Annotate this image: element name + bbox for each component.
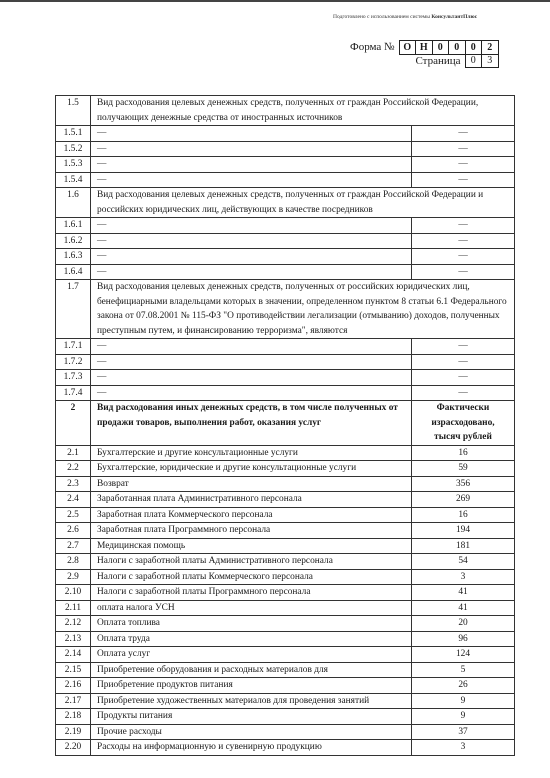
row-number: 1.5.4 <box>56 172 91 188</box>
row-description: — <box>91 370 412 386</box>
row-value: 269 <box>412 492 515 508</box>
row-description: Приобретение продуктов питания <box>91 678 412 694</box>
row-description: оплата налога УСН <box>91 600 412 616</box>
table-row: 2.9Налоги с заработной платы Коммерческо… <box>56 569 515 585</box>
row-value: 181 <box>412 538 515 554</box>
table-row: 2.12Оплата топлива20 <box>56 616 515 632</box>
row-number: 2.16 <box>56 678 91 694</box>
row-value: 9 <box>412 709 515 725</box>
form-code-cell: 0 <box>466 40 483 55</box>
table-row: 1.5.2—— <box>56 141 515 157</box>
row-description: Возврат <box>91 476 412 492</box>
section-number: 1.6 <box>56 188 91 218</box>
section-header-row: 1.7Вид расходования целевых денежных сре… <box>56 280 515 339</box>
section-number: 2 <box>56 401 91 446</box>
row-number: 2.6 <box>56 523 91 539</box>
row-description: — <box>91 354 412 370</box>
page-number-cells: 0 3 <box>465 54 499 68</box>
table-row: 2.2Бухгалтерские, юридические и другие к… <box>56 461 515 477</box>
row-description: — <box>91 233 412 249</box>
row-value: 41 <box>412 585 515 601</box>
row-number: 2.13 <box>56 631 91 647</box>
row-value: 3 <box>412 740 515 756</box>
page-number-cell: 0 <box>466 54 483 68</box>
row-number: 1.5.3 <box>56 157 91 173</box>
table-row: 1.7.4—— <box>56 385 515 401</box>
page-label: Страница <box>415 55 460 67</box>
top-edge-line <box>0 0 550 2</box>
table-row: 1.5.4—— <box>56 172 515 188</box>
form-label: Форма № <box>350 41 395 53</box>
section-title: Вид расходования целевых денежных средст… <box>91 96 515 126</box>
section-header-row: 1.5Вид расходования целевых денежных сре… <box>56 96 515 126</box>
row-number: 2.15 <box>56 662 91 678</box>
value-column-header: Фактически израсходовано, тысяч рублей <box>412 401 515 446</box>
table-row: 2.19Прочие расходы37 <box>56 724 515 740</box>
row-number: 1.5.1 <box>56 126 91 142</box>
row-value: — <box>412 126 515 142</box>
table-row: 2.20Расходы на информационную и сувенирн… <box>56 740 515 756</box>
row-number: 2.9 <box>56 569 91 585</box>
table-row: 1.6.1—— <box>56 218 515 234</box>
row-number: 2.2 <box>56 461 91 477</box>
row-number: 2.17 <box>56 693 91 709</box>
row-value: — <box>412 354 515 370</box>
section-number: 1.5 <box>56 96 91 126</box>
row-description: — <box>91 157 412 173</box>
row-description: — <box>91 264 412 280</box>
table-row: 2.3Возврат356 <box>56 476 515 492</box>
row-number: 2.8 <box>56 554 91 570</box>
row-description: Медицинская помощь <box>91 538 412 554</box>
row-number: 2.12 <box>56 616 91 632</box>
row-value: 26 <box>412 678 515 694</box>
form-code-cell: 0 <box>433 40 450 55</box>
row-value: 54 <box>412 554 515 570</box>
expenditure-table: 1.5Вид расходования целевых денежных сре… <box>55 95 515 756</box>
section-header-row: 1.6Вид расходования целевых денежных сре… <box>56 188 515 218</box>
row-description: Оплата труда <box>91 631 412 647</box>
row-description: Заработанная плата Административного пер… <box>91 492 412 508</box>
consultant-note-text: Подготовлено с использованием системы <box>333 14 431 20</box>
row-value: 16 <box>412 507 515 523</box>
table-row: 2.11оплата налога УСН41 <box>56 600 515 616</box>
row-value: — <box>412 264 515 280</box>
row-number: 1.6.1 <box>56 218 91 234</box>
row-value: 37 <box>412 724 515 740</box>
section-title: Вид расходования иных денежных средств, … <box>91 401 412 446</box>
row-value: — <box>412 218 515 234</box>
row-number: 1.7.2 <box>56 354 91 370</box>
form-code-cell: Н <box>416 40 433 55</box>
row-number: 2.7 <box>56 538 91 554</box>
row-value: 3 <box>412 569 515 585</box>
row-value: — <box>412 370 515 386</box>
row-number: 2.20 <box>56 740 91 756</box>
section-title: Вид расходования целевых денежных средст… <box>91 280 515 339</box>
section-number: 1.7 <box>56 280 91 339</box>
table-row: 2.6Заработная плата Программного персона… <box>56 523 515 539</box>
row-number: 2.19 <box>56 724 91 740</box>
row-value: — <box>412 249 515 265</box>
table-row: 2.1Бухгалтерские и другие консультационн… <box>56 445 515 461</box>
row-number: 2.10 <box>56 585 91 601</box>
row-value: — <box>412 172 515 188</box>
row-description: Заработная плата Программного персонала <box>91 523 412 539</box>
row-number: 2.14 <box>56 647 91 663</box>
row-description: Оплата топлива <box>91 616 412 632</box>
row-number: 2.18 <box>56 709 91 725</box>
row-description: Налоги с заработной платы Программного п… <box>91 585 412 601</box>
row-description: — <box>91 141 412 157</box>
row-description: — <box>91 339 412 355</box>
consultant-brand: КонсультантПлюс <box>431 14 477 20</box>
form-id-block: Форма № О Н 0 0 0 2 Страница 0 3 <box>350 40 499 68</box>
table-row: 1.6.2—— <box>56 233 515 249</box>
row-description: Приобретение оборудования и расходных ма… <box>91 662 412 678</box>
row-number: 1.6.3 <box>56 249 91 265</box>
row-value: 59 <box>412 461 515 477</box>
table-row: 2.7Медицинская помощь181 <box>56 538 515 554</box>
row-description: Прочие расходы <box>91 724 412 740</box>
form-code-cells: О Н 0 0 0 2 <box>399 40 499 55</box>
table-row: 2.14Оплата услуг124 <box>56 647 515 663</box>
table-row: 2.18Продукты питания9 <box>56 709 515 725</box>
form-code-cell: 2 <box>482 40 499 55</box>
table-row: 2.13Оплата труда96 <box>56 631 515 647</box>
table-row: 1.6.4—— <box>56 264 515 280</box>
row-description: Приобретение художественных материалов д… <box>91 693 412 709</box>
row-value: — <box>412 141 515 157</box>
row-description: — <box>91 218 412 234</box>
table-row: 2.8Налоги с заработной платы Администрат… <box>56 554 515 570</box>
row-description: — <box>91 249 412 265</box>
table-row: 2.10Налоги с заработной платы Программно… <box>56 585 515 601</box>
row-value: 16 <box>412 445 515 461</box>
row-value: 20 <box>412 616 515 632</box>
row-number: 1.7.4 <box>56 385 91 401</box>
row-number: 1.6.2 <box>56 233 91 249</box>
row-description: Продукты питания <box>91 709 412 725</box>
row-value: — <box>412 339 515 355</box>
section-title: Вид расходования целевых денежных средст… <box>91 188 515 218</box>
table-row: 2.15Приобретение оборудования и расходны… <box>56 662 515 678</box>
row-number: 1.7.3 <box>56 370 91 386</box>
row-description: Оплата услуг <box>91 647 412 663</box>
row-description: Заработная плата Коммерческого персонала <box>91 507 412 523</box>
row-value: 5 <box>412 662 515 678</box>
table-row: 1.7.1—— <box>56 339 515 355</box>
row-description: Бухгалтерские и другие консультационные … <box>91 445 412 461</box>
table-row: 1.7.2—— <box>56 354 515 370</box>
table-row: 2.17Приобретение художественных материал… <box>56 693 515 709</box>
table-row: 1.5.1—— <box>56 126 515 142</box>
table-row: 2.16Приобретение продуктов питания26 <box>56 678 515 694</box>
table-row: 2.5Заработная плата Коммерческого персон… <box>56 507 515 523</box>
row-description: Расходы на информационную и сувенирную п… <box>91 740 412 756</box>
row-value: 41 <box>412 600 515 616</box>
section-2-header-row: 2Вид расходования иных денежных средств,… <box>56 401 515 446</box>
table-row: 1.6.3—— <box>56 249 515 265</box>
row-description: Налоги с заработной платы Административн… <box>91 554 412 570</box>
page-number-cell: 3 <box>482 54 499 68</box>
row-number: 1.7.1 <box>56 339 91 355</box>
row-number: 2.3 <box>56 476 91 492</box>
row-number: 2.1 <box>56 445 91 461</box>
row-number: 2.11 <box>56 600 91 616</box>
row-value: — <box>412 233 515 249</box>
row-description: Налоги с заработной платы Коммерческого … <box>91 569 412 585</box>
table-row: 2.4Заработанная плата Административного … <box>56 492 515 508</box>
row-value: 96 <box>412 631 515 647</box>
row-description: — <box>91 385 412 401</box>
row-number: 2.4 <box>56 492 91 508</box>
row-value: — <box>412 385 515 401</box>
row-value: 124 <box>412 647 515 663</box>
row-value: 356 <box>412 476 515 492</box>
row-value: 194 <box>412 523 515 539</box>
row-number: 1.6.4 <box>56 264 91 280</box>
consultant-plus-note: Подготовлено с использованием системы Ко… <box>333 14 477 20</box>
table-row: 1.5.3—— <box>56 157 515 173</box>
row-description: Бухгалтерские, юридические и другие конс… <box>91 461 412 477</box>
row-value: 9 <box>412 693 515 709</box>
row-number: 1.5.2 <box>56 141 91 157</box>
form-code-cell: О <box>400 40 417 55</box>
row-description: — <box>91 126 412 142</box>
row-value: — <box>412 157 515 173</box>
row-description: — <box>91 172 412 188</box>
form-code-cell: 0 <box>449 40 466 55</box>
row-number: 2.5 <box>56 507 91 523</box>
table-row: 1.7.3—— <box>56 370 515 386</box>
